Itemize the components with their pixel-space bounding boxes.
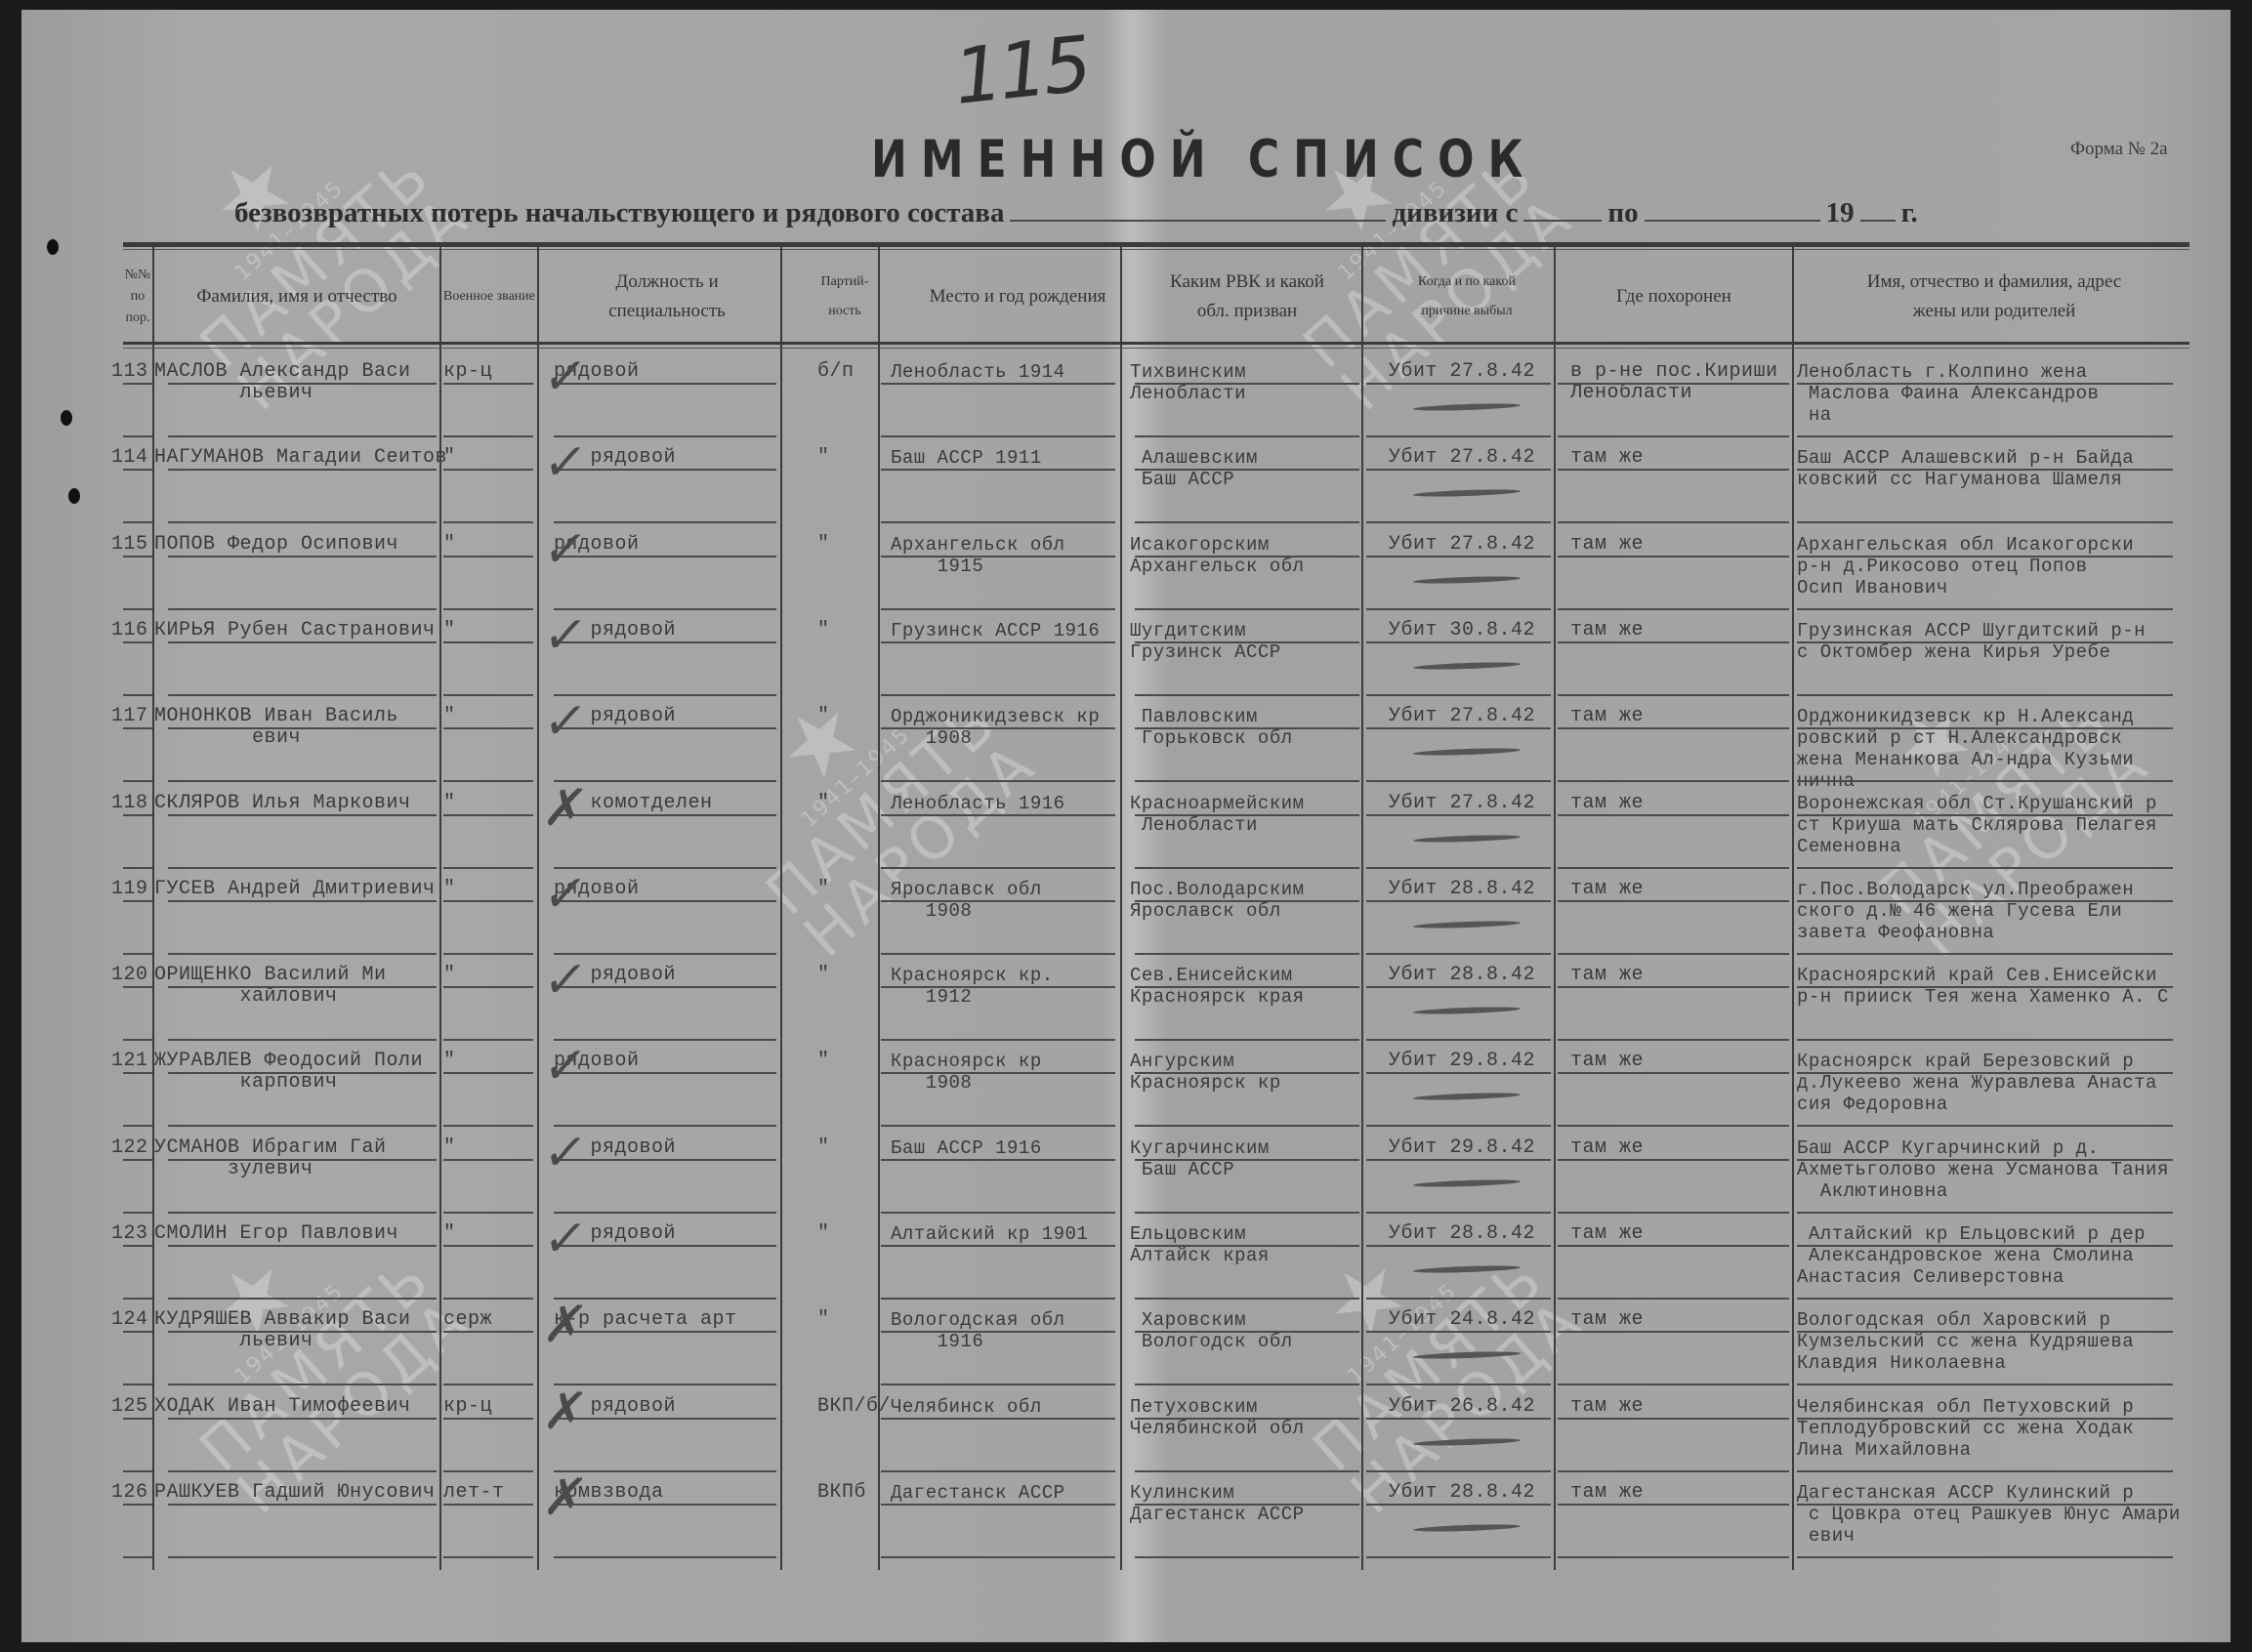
handwritten-checkmark-icon: ✓ — [540, 865, 591, 924]
ruled-line — [123, 780, 152, 782]
cell-rank: " — [443, 879, 456, 900]
ruled-line — [443, 1072, 533, 1074]
ruled-line — [554, 1072, 776, 1074]
cell-relatives: Дагестанская АССР Кулинский р с Цовкра о… — [1797, 1482, 2181, 1547]
ruled-line — [123, 986, 152, 988]
cell-num: 115 — [111, 534, 148, 556]
cell-party: " — [817, 1223, 830, 1245]
ruled-line — [1135, 1331, 1359, 1333]
cell-relatives: Челябинская обл Петуховский р Теплодубро… — [1797, 1396, 2134, 1461]
cell-birth: Баш АССР 1911 — [891, 447, 1042, 469]
handwritten-checkmark-icon: ✗ — [540, 1383, 591, 1441]
ruled-line — [168, 900, 437, 902]
ruled-line — [1366, 383, 1551, 385]
ruled-line — [123, 1159, 152, 1161]
cell-rank: лет-т — [443, 1482, 505, 1504]
cell-relatives: Архангельская обл Исакогорски р-н д.Рико… — [1797, 534, 2134, 599]
ruled-line — [1797, 608, 2173, 610]
table-row: 113МАСЛОВ Александр Васи льевичкр-црядов… — [21, 353, 2231, 439]
ruled-line — [1797, 1384, 2173, 1385]
ruled-line — [1558, 727, 1789, 729]
ruled-line — [881, 1245, 1115, 1247]
ruled-line — [123, 1072, 152, 1074]
cell-party: ВКП/б/ — [817, 1396, 891, 1418]
cell-rank: " — [443, 447, 456, 469]
ruled-line — [443, 1159, 533, 1161]
ruled-line — [1366, 953, 1551, 955]
cell-buried: там же — [1570, 965, 1644, 986]
ruled-line — [168, 814, 437, 816]
divider — [123, 242, 2189, 247]
ruled-line — [443, 1556, 533, 1558]
ruled-line — [1797, 694, 2173, 696]
ruled-line — [1135, 1504, 1359, 1506]
ruled-line — [1366, 900, 1551, 902]
cell-buried: там же — [1570, 1137, 1644, 1159]
handwritten-dash — [1413, 488, 1521, 498]
column-header-relatives: Имя, отчество и фамилия, адрес жены или … — [1818, 254, 2170, 340]
cell-name: СКЛЯРОВ Илья Маркович — [154, 793, 411, 814]
cell-num: 123 — [111, 1223, 148, 1245]
table-row: 120ОРИЩЕНКО Василий Ми хайлович" рядовой… — [21, 957, 2231, 1043]
ruled-line — [443, 953, 533, 955]
cell-buried: там же — [1570, 879, 1644, 900]
ruled-line — [1558, 608, 1789, 610]
cell-when: Убит 28.8.42 — [1389, 1223, 1535, 1245]
ruled-line — [1558, 1072, 1789, 1074]
cell-num: 117 — [111, 706, 148, 727]
table-row: 124КУДРЯШЕВ Аввакир Васи льевичсержк-р р… — [21, 1301, 2231, 1387]
ruled-line — [123, 1418, 152, 1420]
cell-num: 121 — [111, 1051, 148, 1072]
ruled-line — [168, 1556, 437, 1558]
ruled-line — [443, 1212, 533, 1214]
cell-party: " — [817, 965, 830, 986]
ruled-line — [1135, 1072, 1359, 1074]
ruled-line — [1797, 469, 2173, 471]
ruled-line — [443, 1125, 533, 1127]
cell-buried: там же — [1570, 534, 1644, 556]
ruled-line — [443, 900, 533, 902]
ruled-line — [168, 1039, 437, 1041]
ruled-line — [1558, 1125, 1789, 1127]
cell-birth: Челябинск обл — [891, 1396, 1042, 1418]
cell-rank: " — [443, 1137, 456, 1159]
handwritten-dash — [1413, 1092, 1521, 1101]
cell-birth: Алтайский кр 1901 — [891, 1223, 1088, 1245]
ruled-line — [123, 469, 152, 471]
cell-party: " — [817, 1309, 830, 1331]
cell-when: Убит 27.8.42 — [1389, 361, 1535, 383]
handwritten-dash — [1413, 1178, 1521, 1188]
ruled-line — [1797, 1504, 2173, 1506]
column-header-party: Партий- ность — [813, 254, 877, 340]
ruled-line — [168, 1212, 437, 1214]
column-header-rank: Военное звание — [441, 254, 537, 340]
blank-field-division — [1010, 216, 1386, 222]
ruled-line — [123, 1331, 152, 1333]
cell-when: Убит 28.8.42 — [1389, 965, 1535, 986]
ruled-line — [1366, 1504, 1551, 1506]
cell-relatives: Алтайский кр Ельцовский р дер Александро… — [1797, 1223, 2146, 1288]
cell-num: 120 — [111, 965, 148, 986]
ruled-line — [443, 814, 533, 816]
handwritten-checkmark-icon: ✓ — [540, 692, 591, 751]
divider — [123, 249, 2189, 250]
cell-num: 119 — [111, 879, 148, 900]
cell-rank: " — [443, 1051, 456, 1072]
ruled-line — [881, 1418, 1115, 1420]
ruled-line — [443, 1384, 533, 1385]
ruled-line — [123, 694, 152, 696]
cell-rank: серж — [443, 1309, 492, 1331]
ruled-line — [1558, 435, 1789, 437]
ruled-line — [1366, 814, 1551, 816]
handwritten-dash — [1413, 920, 1521, 929]
ruled-line — [1366, 986, 1551, 988]
ruled-line — [1366, 780, 1551, 782]
cell-party: " — [817, 1051, 830, 1072]
cell-num: 116 — [111, 620, 148, 641]
ruled-line — [1797, 1470, 2173, 1472]
table-row: 125ХОДАК Иван Тимофеевичкр-ц рядовойВКП/… — [21, 1388, 2231, 1474]
cell-buried: там же — [1570, 620, 1644, 641]
ruled-line — [1366, 435, 1551, 437]
ruled-line — [554, 900, 776, 902]
handwritten-checkmark-icon: ✓ — [540, 1124, 591, 1182]
ruled-line — [123, 1125, 152, 1127]
ruled-line — [1135, 1159, 1359, 1161]
cell-relatives: Баш АССР Кугарчинский р д. Ахметьголово … — [1797, 1137, 2169, 1202]
ruled-line — [168, 1072, 437, 1074]
ruled-line — [1135, 1298, 1359, 1300]
ruled-line — [1558, 1384, 1789, 1385]
cell-party: " — [817, 534, 830, 556]
ruled-line — [881, 1039, 1115, 1041]
document-title: ИМЕННОЙ СПИСОК — [871, 130, 1536, 189]
ruled-line — [1366, 1418, 1551, 1420]
ruled-line — [881, 986, 1115, 988]
handwritten-dash — [1413, 1437, 1521, 1447]
ruled-line — [123, 1245, 152, 1247]
ruled-line — [1797, 867, 2173, 869]
document-subtitle: безвозвратных потерь начальствующего и р… — [234, 197, 2090, 229]
ruled-line — [881, 469, 1115, 471]
ruled-line — [1366, 1245, 1551, 1247]
cell-num: 113 — [111, 361, 148, 383]
ruled-line — [443, 1331, 533, 1333]
ruled-line — [1135, 953, 1359, 955]
ruled-line — [1797, 1039, 2173, 1041]
ruled-line — [123, 556, 152, 558]
cell-relatives: Ленобласть г.Колпино жена Маслова Фаина … — [1797, 361, 2099, 426]
ruled-line — [554, 1504, 776, 1506]
cell-party: " — [817, 706, 830, 727]
ruled-line — [1366, 641, 1551, 643]
ruled-line — [168, 1470, 437, 1472]
cell-num: 125 — [111, 1396, 148, 1418]
ruled-line — [168, 727, 437, 729]
column-header-rvk: Каким РВК и какой обл. призван — [1135, 254, 1359, 340]
table-row: 123СМОЛИН Егор Павлович" рядовой"Алтайск… — [21, 1216, 2231, 1301]
ruled-line — [443, 727, 533, 729]
ruled-line — [1558, 814, 1789, 816]
ruled-line — [123, 1298, 152, 1300]
ruled-line — [554, 727, 776, 729]
cell-rank: " — [443, 620, 456, 641]
ruled-line — [123, 1470, 152, 1472]
cell-when: Убит 30.8.42 — [1389, 620, 1535, 641]
handwritten-dash — [1413, 661, 1521, 671]
ruled-line — [168, 641, 437, 643]
ruled-line — [123, 641, 152, 643]
ruled-line — [1135, 641, 1359, 643]
handwritten-checkmark-icon: ✓ — [540, 520, 591, 579]
ruled-line — [123, 521, 152, 523]
ruled-line — [1797, 1125, 2173, 1127]
ruled-line — [1797, 435, 2173, 437]
cell-rank: " — [443, 706, 456, 727]
ruled-line — [1797, 814, 2173, 816]
ruled-line — [1558, 1039, 1789, 1041]
handwritten-dash — [1413, 747, 1521, 757]
ruled-line — [1366, 469, 1551, 471]
ruled-line — [881, 1212, 1115, 1214]
ruled-line — [1797, 780, 2173, 782]
ruled-line — [443, 867, 533, 869]
ruled-line — [1366, 694, 1551, 696]
ruled-line — [1797, 641, 2173, 643]
ruled-line — [168, 608, 437, 610]
handwritten-dash — [1413, 575, 1521, 585]
cell-name: ГУСЕВ Андрей Дмитриевич — [154, 879, 436, 900]
ruled-line — [1797, 556, 2173, 558]
ruled-line — [881, 1298, 1115, 1300]
ruled-line — [1558, 469, 1789, 471]
cell-party: " — [817, 1137, 830, 1159]
ruled-line — [168, 521, 437, 523]
cell-when: Убит 29.8.42 — [1389, 1137, 1535, 1159]
ruled-line — [554, 383, 776, 385]
ruled-line — [881, 1470, 1115, 1472]
ruled-line — [1135, 1470, 1359, 1472]
ruled-line — [443, 1418, 533, 1420]
ruled-line — [443, 1039, 533, 1041]
ruled-line — [443, 521, 533, 523]
ruled-line — [1558, 1159, 1789, 1161]
ruled-line — [554, 1418, 776, 1420]
cell-buried: там же — [1570, 706, 1644, 727]
ruled-line — [168, 383, 437, 385]
ruled-line — [881, 900, 1115, 902]
ruled-line — [1558, 694, 1789, 696]
ruled-line — [881, 1159, 1115, 1161]
cell-when: Убит 26.8.42 — [1389, 1396, 1535, 1418]
ruled-line — [1366, 556, 1551, 558]
ruled-line — [1366, 608, 1551, 610]
ruled-line — [123, 1504, 152, 1506]
ruled-line — [554, 469, 776, 471]
ruled-line — [168, 1504, 437, 1506]
ruled-line — [168, 556, 437, 558]
table-row: 122УСМАНОВ Ибрагим Гай зулевич" рядовой"… — [21, 1130, 2231, 1216]
ruled-line — [1366, 1072, 1551, 1074]
ruled-line — [881, 780, 1115, 782]
ruled-line — [168, 1245, 437, 1247]
cell-buried: там же — [1570, 1051, 1644, 1072]
cell-rank: " — [443, 793, 456, 814]
handwritten-dash — [1413, 1350, 1521, 1360]
cell-num: 122 — [111, 1137, 148, 1159]
ruled-line — [554, 1556, 776, 1558]
ruled-line — [1135, 1556, 1359, 1558]
ruled-line — [123, 383, 152, 385]
ruled-line — [1135, 986, 1359, 988]
ruled-line — [881, 814, 1115, 816]
handwritten-dash — [1413, 402, 1521, 412]
cell-party: " — [817, 620, 830, 641]
ruled-line — [1797, 1556, 2173, 1558]
ruled-line — [168, 1331, 437, 1333]
cell-when: Убит 27.8.42 — [1389, 706, 1535, 727]
ruled-line — [168, 780, 437, 782]
ruled-line — [1135, 1125, 1359, 1127]
cell-buried: там же — [1570, 1309, 1644, 1331]
ruled-line — [168, 1384, 437, 1385]
cell-when: Убит 28.8.42 — [1389, 1482, 1535, 1504]
cell-rank: кр-ц — [443, 361, 492, 383]
ruled-line — [1366, 1298, 1551, 1300]
ruled-line — [123, 1212, 152, 1214]
cell-birth: Дагестанск АССР — [891, 1482, 1065, 1504]
ruled-line — [1558, 383, 1789, 385]
cell-buried: там же — [1570, 1396, 1644, 1418]
ruled-line — [881, 641, 1115, 643]
cell-relatives: Красноярск край Березовский р д.Лукеево … — [1797, 1051, 2157, 1115]
cell-name: РАШКУЕВ Гадший Юнусович — [154, 1482, 436, 1504]
ruled-line — [168, 1159, 437, 1161]
blank-field-to — [1645, 216, 1820, 222]
cell-num: 124 — [111, 1309, 148, 1331]
cell-relatives: Орджоникидзевск кр Н.Александ ровский р … — [1797, 706, 2134, 792]
cell-party: ВКПб — [817, 1482, 866, 1504]
ruled-line — [554, 986, 776, 988]
ruled-line — [1797, 1298, 2173, 1300]
ruled-line — [123, 814, 152, 816]
ruled-line — [443, 1245, 533, 1247]
ruled-line — [881, 435, 1115, 437]
ruled-line — [1558, 986, 1789, 988]
ruled-line — [168, 435, 437, 437]
cell-name: ПОПОВ Федор Осипович — [154, 534, 398, 556]
cell-rank: кр-ц — [443, 1396, 492, 1418]
cell-rank: " — [443, 965, 456, 986]
ruled-line — [554, 556, 776, 558]
column-header-name: Фамилия, имя и отчество — [154, 254, 439, 340]
ruled-line — [123, 900, 152, 902]
column-header-position: Должность и специальность — [554, 254, 780, 340]
ruled-line — [443, 556, 533, 558]
cell-party: " — [817, 447, 830, 469]
cell-buried: там же — [1570, 1223, 1644, 1245]
ruled-line — [1558, 1556, 1789, 1558]
cell-when: Убит 24.8.42 — [1389, 1309, 1535, 1331]
ruled-line — [1366, 1384, 1551, 1385]
ruled-line — [881, 1504, 1115, 1506]
handwritten-checkmark-icon: ✓ — [540, 348, 591, 406]
cell-relatives: г.Пос.Володарск ул.Преображен ского д.№ … — [1797, 879, 2134, 943]
document-page: ★ 1941–1945 ПАМЯТЬ НАРОДА ★ 1941–1945 ПА… — [21, 10, 2231, 1642]
ruled-line — [443, 694, 533, 696]
ruled-line — [1135, 521, 1359, 523]
ruled-line — [1558, 641, 1789, 643]
blank-field-year — [1860, 216, 1896, 222]
ruled-line — [123, 608, 152, 610]
ruled-line — [443, 608, 533, 610]
ruled-line — [123, 867, 152, 869]
ruled-line — [443, 469, 533, 471]
table-row: 118СКЛЯРОВ Илья Маркович" комотделен"Лен… — [21, 785, 2231, 871]
ruled-line — [123, 435, 152, 437]
ruled-line — [1135, 900, 1359, 902]
ruled-line — [1135, 867, 1359, 869]
ruled-line — [1797, 1212, 2173, 1214]
ruled-line — [168, 953, 437, 955]
ruled-line — [1797, 953, 2173, 955]
cell-relatives: Воронежская обл Ст.Крушанский р ст Криуш… — [1797, 793, 2157, 857]
cell-name: ХОДАК Иван Тимофеевич — [154, 1396, 411, 1418]
ruled-line — [1558, 867, 1789, 869]
cell-party: б/п — [817, 361, 855, 383]
ruled-line — [1366, 1039, 1551, 1041]
ruled-line — [1366, 1212, 1551, 1214]
ruled-line — [1797, 900, 2173, 902]
ruled-line — [554, 1245, 776, 1247]
ruled-line — [1366, 1331, 1551, 1333]
ruled-line — [1558, 1331, 1789, 1333]
handwritten-dash — [1413, 1523, 1521, 1533]
ruled-line — [123, 1039, 152, 1041]
ruled-line — [1135, 435, 1359, 437]
ruled-line — [1558, 556, 1789, 558]
column-header-buried: Где похоронен — [1556, 254, 1792, 340]
cell-name: СМОЛИН Егор Павлович — [154, 1223, 398, 1245]
divider — [123, 342, 2189, 345]
ruled-line — [1366, 1125, 1551, 1127]
ruled-line — [1797, 1418, 2173, 1420]
handwritten-dash — [1413, 1264, 1521, 1274]
ruled-line — [1797, 986, 2173, 988]
ruled-line — [881, 1384, 1115, 1385]
ruled-line — [1366, 867, 1551, 869]
table-row: 117МОНОНКОВ Иван Василь евич" рядовой"Ор… — [21, 698, 2231, 784]
ruled-line — [1366, 727, 1551, 729]
ruled-line — [443, 435, 533, 437]
ruled-line — [1558, 521, 1789, 523]
handwritten-page-number: 115 — [950, 21, 1093, 122]
handwritten-dash — [1413, 834, 1521, 844]
ruled-line — [881, 867, 1115, 869]
ruled-line — [1797, 1159, 2173, 1161]
cell-party: " — [817, 793, 830, 814]
ruled-line — [881, 521, 1115, 523]
ruled-line — [1135, 556, 1359, 558]
ruled-line — [1558, 1470, 1789, 1472]
ruled-line — [1135, 1384, 1359, 1385]
ruled-line — [1558, 953, 1789, 955]
handwritten-checkmark-icon: ✗ — [540, 779, 591, 838]
table-row: 121ЖУРАВЛЕВ Феодосий Поли карпович"рядов… — [21, 1043, 2231, 1129]
